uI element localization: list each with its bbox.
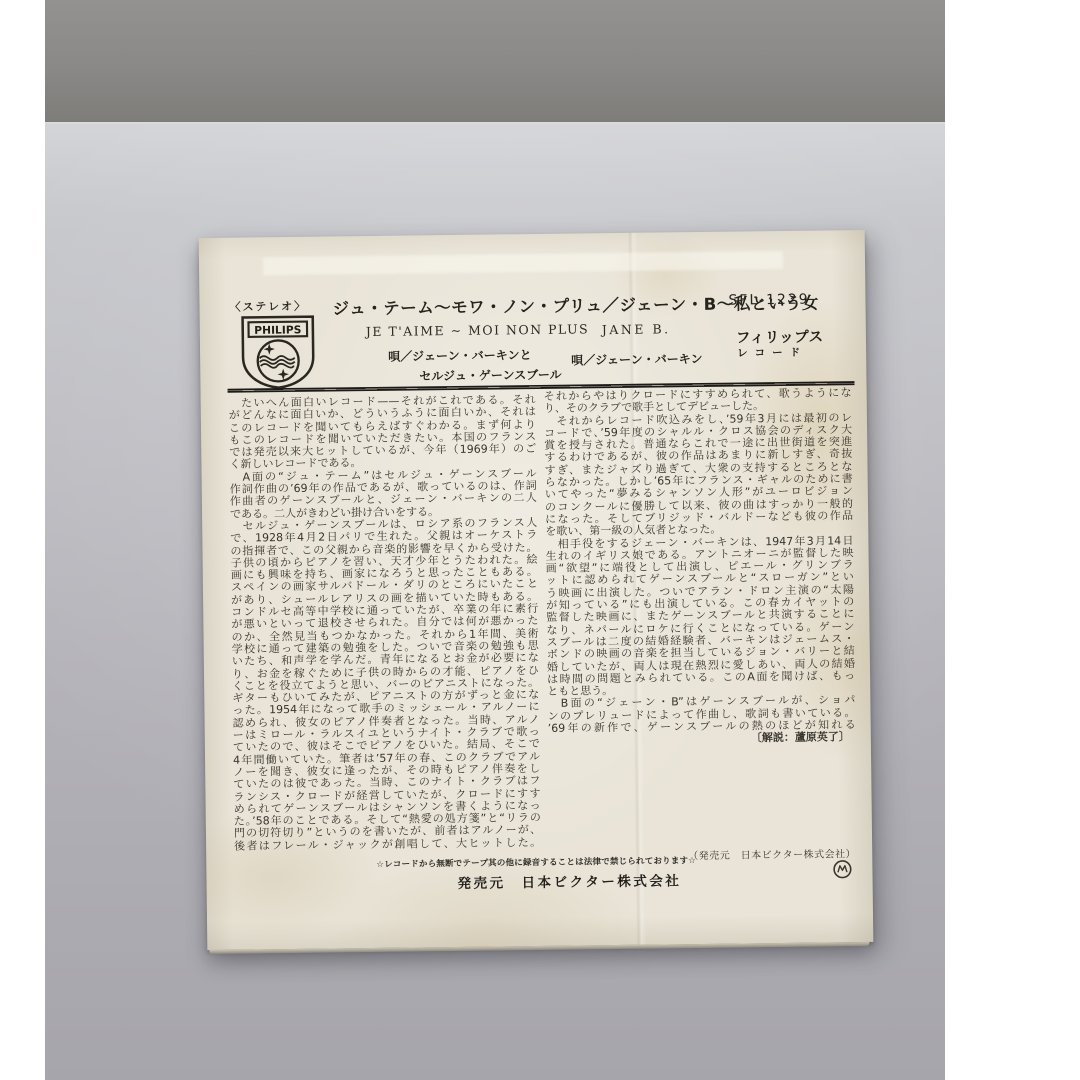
side-b-title-english: JANE B. xyxy=(602,321,671,337)
copy-warning-notice: ☆レコードから無断でテープ其の他に録音することは法律で禁じられております☆ xyxy=(376,854,696,870)
record-sleeve-back: 〈ステレオ〉 PHILIPS ジュ・テーム～モワ・ノン・プリュ／ジェーン・B～私… xyxy=(199,230,874,950)
publisher-line-right: （発売元 日本ビクター株式会社） xyxy=(688,845,856,862)
stereo-label: 〈ステレオ〉 xyxy=(229,298,307,315)
catalog-number: SFL-1229 xyxy=(728,292,809,309)
side-a-vocal-credit-line1: 唄／ジェーン・バーキンと xyxy=(388,346,532,365)
philips-shield-logo: PHILIPS xyxy=(238,314,319,391)
wall-floor-seam xyxy=(45,122,945,124)
product-photo: 〈ステレオ〉 PHILIPS ジュ・テーム～モワ・ノン・プリュ／ジェーン・B～私… xyxy=(45,0,945,1080)
side-b-vocal-credit: 唄／ジェーン・バーキン xyxy=(571,350,703,369)
side-a-vocal-credit-line2: セルジュ・ゲーンスブール xyxy=(419,366,561,385)
publisher-line: 発売元 日本ビクター株式会社 xyxy=(457,869,681,892)
philips-wordmark: PHILIPS xyxy=(254,323,301,337)
liner-text-line: 後者はフレール・ジャックが創唱して、大ヒットした。 xyxy=(234,837,541,853)
side-a-title-english: JE T'AIME ~ MOI NON PLUS xyxy=(366,321,590,339)
liner-notes-right-lines: それからやはりクロードにすすめられて、歌うようになり、そのクラブで歌手としてデビ… xyxy=(544,387,856,735)
rights-society-mark-icon xyxy=(832,859,852,879)
backdrop-wall xyxy=(45,0,945,122)
paper-impression xyxy=(263,251,783,275)
liner-notes-right-column: それからやはりクロードにすすめられて、歌うようになり、そのクラブで歌手としてデビ… xyxy=(544,387,856,747)
liner-notes-left-column: たいへん面白いレコード——それがこれである。それがどんなに面白いか、どういうふう… xyxy=(229,394,542,853)
label-name-record: レコード xyxy=(737,345,807,361)
